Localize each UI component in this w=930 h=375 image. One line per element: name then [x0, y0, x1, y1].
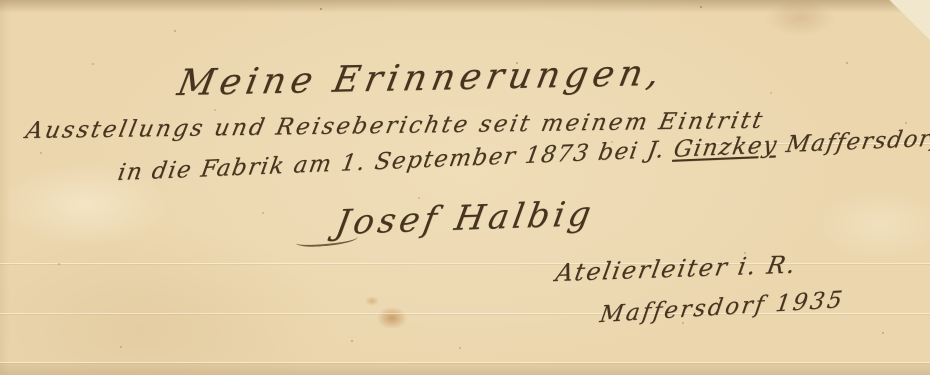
- signature-josef-halbig: Josef Halbig: [333, 196, 598, 243]
- role-line: Atelierleiter i. R.: [554, 252, 799, 287]
- place-year-line: Maffersdorf 1935: [598, 288, 846, 329]
- title-line: Meine Erinnerungen,: [174, 54, 667, 104]
- company-name-underlined: Ginzkey: [672, 132, 780, 163]
- torn-corner: [878, 0, 930, 40]
- manuscript-page: Meine Erinnerungen, Ausstellungs und Rei…: [0, 0, 930, 375]
- paper-speckles: [0, 0, 2, 2]
- paper-bottom-band: [0, 363, 930, 375]
- factory-entry-place: Maffersdorf: [775, 125, 930, 158]
- factory-entry-text: in die Fabrik am 1. September 1873 bei J…: [116, 137, 676, 187]
